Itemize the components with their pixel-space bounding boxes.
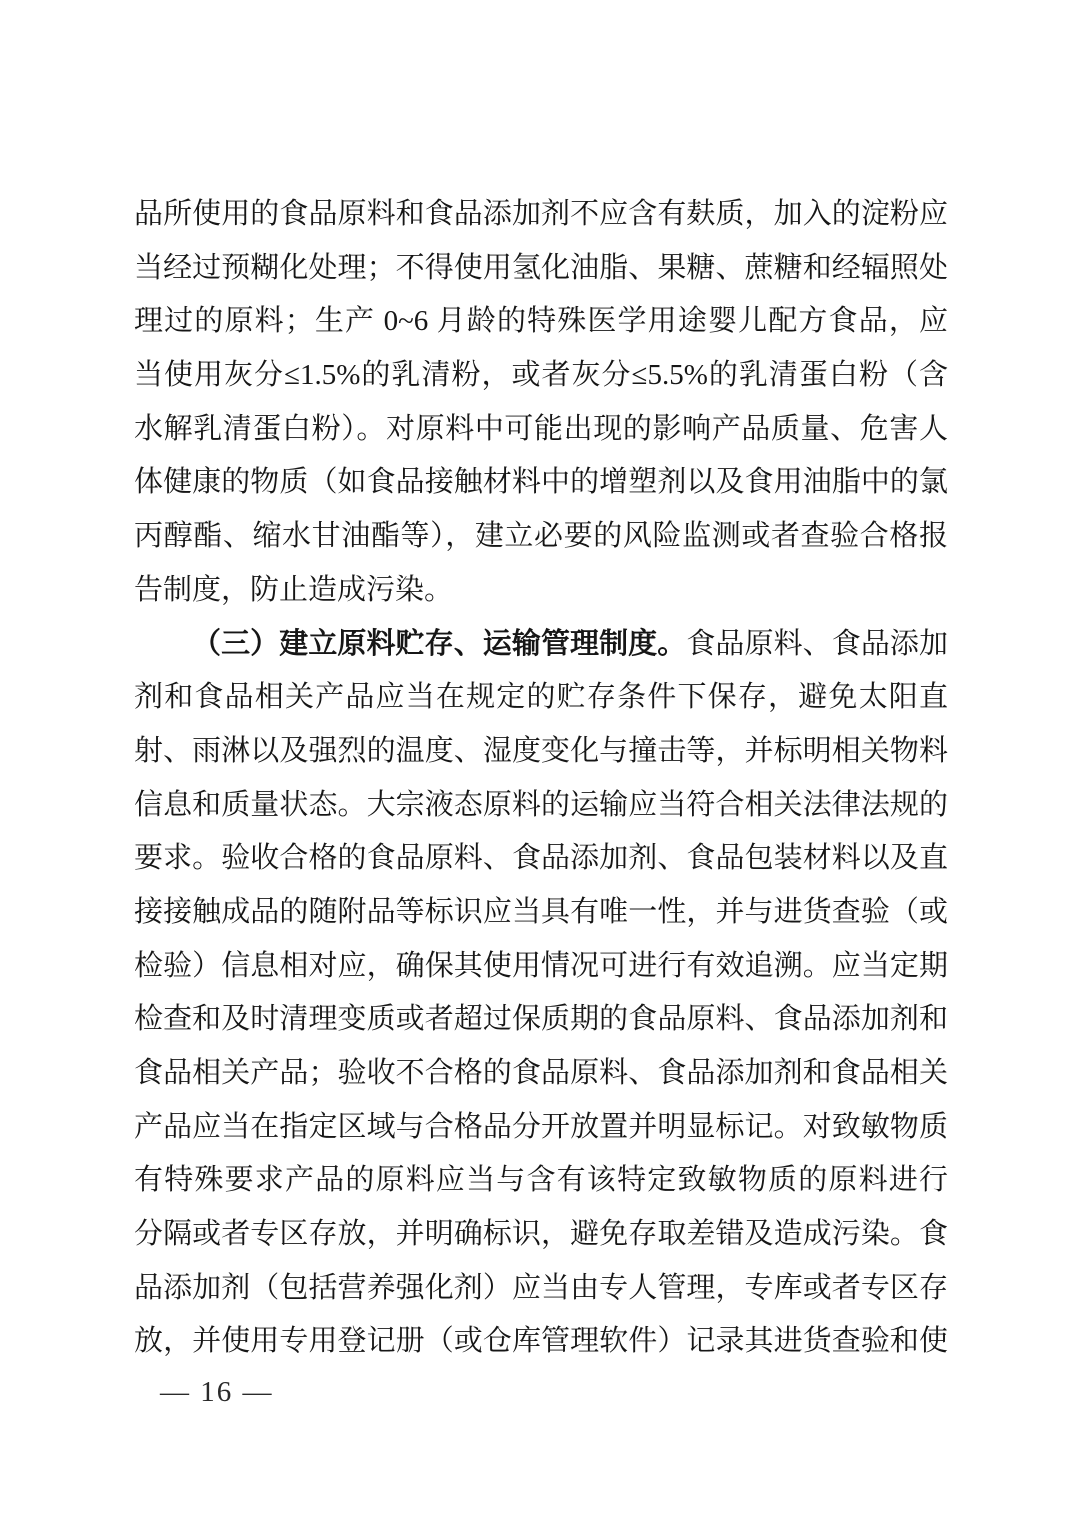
text-line: 分隔或者专区存放，并明确标识，避免存取差错及造成污染。食 [134,1208,948,1262]
text-line: 剂和食品相关产品应当在规定的贮存条件下保存，避免太阳直 [134,671,948,725]
text-line: 告制度，防止造成污染。 [134,564,948,618]
text-line: 理过的原料；生产 0~6 月龄的特殊医学用途婴儿配方食品，应 [134,295,948,349]
text-line: 体健康的物质（如食品接触材料中的增塑剂以及食用油脂中的氯 [134,456,948,510]
text-line: 接接触成品的随附品等标识应当具有唯一性，并与进货查验（或 [134,886,948,940]
section-heading: （三）建立原料贮存、运输管理制度。 [192,628,686,660]
text-line: 要求。验收合格的食品原料、食品添加剂、食品包装材料以及直 [134,832,948,886]
text-line: 信息和质量状态。大宗液态原料的运输应当符合相关法律法规的 [134,779,948,833]
text-line: 水解乳清蛋白粉）。对原料中可能出现的影响产品质量、危害人 [134,403,948,457]
text-line: 检查和及时清理变质或者超过保质期的食品原料、食品添加剂和 [134,993,948,1047]
text-line: 食品相关产品；验收不合格的食品原料、食品添加剂和食品相关 [134,1047,948,1101]
body-text: 品所使用的食品原料和食品添加剂不应含有麸质，加入的淀粉应当经过预糊化处理；不得使… [134,188,948,1369]
page-number: — 16 — [160,1372,274,1412]
text-line: 丙醇酯、缩水甘油酯等），建立必要的风险监测或者查验合格报 [134,510,948,564]
text-line: 检验）信息相对应，确保其使用情况可进行有效追溯。应当定期 [134,940,948,994]
document-page: 品所使用的食品原料和食品添加剂不应含有麸质，加入的淀粉应当经过预糊化处理；不得使… [0,0,1080,1527]
text-line: （三）建立原料贮存、运输管理制度。食品原料、食品添加 [134,618,948,672]
text-line: 产品应当在指定区域与合格品分开放置并明显标记。对致敏物质 [134,1101,948,1155]
text-line: 放，并使用专用登记册（或仓库管理软件）记录其进货查验和使 [134,1315,948,1369]
text-line: 品添加剂（包括营养强化剂）应当由专人管理，专库或者专区存 [134,1262,948,1316]
text-line: 当使用灰分≤1.5%的乳清粉，或者灰分≤5.5%的乳清蛋白粉（含 [134,349,948,403]
text-line: 品所使用的食品原料和食品添加剂不应含有麸质，加入的淀粉应 [134,188,948,242]
text-line: 射、雨淋以及强烈的温度、湿度变化与撞击等，并标明相关物料 [134,725,948,779]
text-line: 有特殊要求产品的原料应当与含有该特定致敏物质的原料进行 [134,1154,948,1208]
text-line: 当经过预糊化处理；不得使用氢化油脂、果糖、蔗糖和经辐照处 [134,242,948,296]
